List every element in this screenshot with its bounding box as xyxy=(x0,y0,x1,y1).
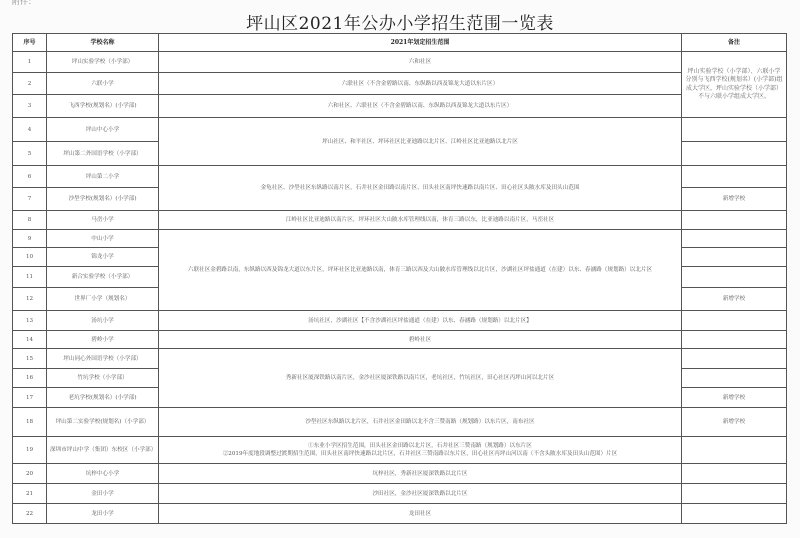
enrollment-range: 六和社区 xyxy=(159,52,682,73)
enrollment-range: 六联社区（不含金碧路以南、东纵路以西及锦龙大道以东片区） xyxy=(159,73,682,95)
school-name: 坑梓中心小学 xyxy=(47,464,159,484)
row-no: 2 xyxy=(13,73,47,95)
note-cell: 新增学校 xyxy=(682,188,787,211)
table-row: 3 飞西学校(规划名）(小学部) 六和社区、六联社区（不含金碧路以南、东纵路以西… xyxy=(13,95,787,118)
table-row: 4 坪山中心小学 坪山社区、和平社区、坪环社区比亚迪路以北片区、江岭社区比亚迪路… xyxy=(13,118,787,142)
row-no: 15 xyxy=(13,349,47,369)
row-no: 5 xyxy=(13,142,47,166)
row-no: 3 xyxy=(13,95,47,118)
table-header-row: 序号 学校名称 2021年划定招生范围 备注 xyxy=(13,34,787,52)
note-cell xyxy=(682,248,787,267)
note-cell xyxy=(682,504,787,524)
table-row: 20 坑梓中心小学 坑梓社区，秀新社区厦深铁路以北片区 xyxy=(13,464,787,484)
enrollment-range: 秀新社区厦深铁路以南片区，金沙社区厦深铁路以南片区，老坑社区，竹坑社区，田心社区… xyxy=(159,349,682,408)
note-cell xyxy=(682,230,787,248)
table-row: 22 龙田小学 龙田社区 xyxy=(13,504,787,524)
enrollment-range: 坪山社区、和平社区、坪环社区比亚迪路以北片区、江岭社区比亚迪路以北片区 xyxy=(159,118,682,166)
page-title: 坪山区2021年公办小学招生范围一览表 xyxy=(0,9,800,34)
school-name: 飞西学校(规划名）(小学部) xyxy=(47,95,159,118)
school-name: 锦龙小学 xyxy=(47,248,159,267)
note-cell: 坪山实验学校（小学部）、六联小学分别与飞西学校(规划名）(小学部)组成大学区，坪… xyxy=(682,52,787,118)
row-no: 8 xyxy=(13,211,47,230)
row-no: 14 xyxy=(13,331,47,349)
school-name: 老坑学校(规划名）(小学部) xyxy=(47,388,159,408)
table-row: 8 马峦小学 江岭社区比亚迪路以南片区，坪环社区大山陂水库管理线以南，体育三路以… xyxy=(13,211,787,230)
column-header-range: 2021年划定招生范围 xyxy=(159,34,682,52)
note-cell xyxy=(682,464,787,484)
school-name: 龙田小学 xyxy=(47,504,159,524)
row-no: 20 xyxy=(13,464,47,484)
row-no: 21 xyxy=(13,484,47,504)
row-no: 9 xyxy=(13,230,47,248)
school-name: 六联小学 xyxy=(47,73,159,95)
row-no: 18 xyxy=(13,408,47,437)
school-name: 深圳市坪山中学（集团）东校区（小学部） xyxy=(47,437,159,464)
school-name: 坪山同心外国语学校（小学部） xyxy=(47,349,159,369)
enrollment-range: 龙田社区 xyxy=(159,504,682,524)
school-name: 金田小学 xyxy=(47,484,159,504)
row-no: 17 xyxy=(13,388,47,408)
note-cell xyxy=(682,267,787,288)
table-row: 13 汤坑小学 汤坑社区，沙湖社区【不含沙湖社区坪盐通道（在建）以东、春涵路（规… xyxy=(13,311,787,331)
school-name: 中山小学 xyxy=(47,230,159,248)
note-cell xyxy=(682,311,787,331)
note-cell: 新增学校 xyxy=(682,388,787,408)
school-name: 沙壆学校(规划名）(小学部) xyxy=(47,188,159,211)
note-cell xyxy=(682,166,787,188)
table-row: 18 坪山第二实验学校(规划名)（小学部） 沙壆社区东纵路以北片区，石井社区金田… xyxy=(13,408,787,437)
table-row: 6 坪山第二小学 金龟社区、沙壆社区东纵路以南片区，石井社区金田路以南片区、田头… xyxy=(13,166,787,188)
school-name: 世界厂小学（规划名） xyxy=(47,288,159,311)
row-no: 13 xyxy=(13,311,47,331)
enrollment-range: 六和社区、六联社区（不含金碧路以南、东纵路以西及锦龙大道以东片区） xyxy=(159,95,682,118)
note-cell xyxy=(682,369,787,388)
table-row: 15 坪山同心外国语学校（小学部） 秀新社区厦深铁路以南片区，金沙社区厦深铁路以… xyxy=(13,349,787,369)
enrollment-range: 金龟社区、沙壆社区东纵路以南片区，石井社区金田路以南片区、田头社区南坪快速路以南… xyxy=(159,166,682,211)
row-no: 7 xyxy=(13,188,47,211)
note-cell xyxy=(682,142,787,166)
school-name: 坪山第二外国语学校（小学部） xyxy=(47,142,159,166)
table-row: 1 坪山实验学校（小学部） 六和社区 坪山实验学校（小学部）、六联小学分别与飞西… xyxy=(13,52,787,73)
attachment-label: 附件： xyxy=(12,0,36,7)
school-name: 坪山第二小学 xyxy=(47,166,159,188)
note-cell xyxy=(682,211,787,230)
school-name: 坪山第二实验学校(规划名)（小学部） xyxy=(47,408,159,437)
row-no: 19 xyxy=(13,437,47,464)
row-no: 10 xyxy=(13,248,47,267)
note-cell xyxy=(682,484,787,504)
range-line-2: ②2019年度地段调整过渡期招生范围，田头社区南坪快速路以北片区，石井社区三赞南… xyxy=(162,450,678,458)
enrollment-table: 序号 学校名称 2021年划定招生范围 备注 1 坪山实验学校（小学部） 六和社… xyxy=(12,33,787,524)
note-cell xyxy=(682,331,787,349)
note-cell: 新增学校 xyxy=(682,408,787,437)
school-name: 汤坑小学 xyxy=(47,311,159,331)
note-cell xyxy=(682,437,787,464)
school-name: 竹坑学校（小学部） xyxy=(47,369,159,388)
column-header-school: 学校名称 xyxy=(47,34,159,52)
enrollment-range: 碧岭社区 xyxy=(159,331,682,349)
enrollment-range: 汤坑社区，沙湖社区【不含沙湖社区坪盐通道（在建）以东、春涵路（规划路）以北片区】 xyxy=(159,311,682,331)
row-no: 1 xyxy=(13,52,47,73)
column-header-no: 序号 xyxy=(13,34,47,52)
enrollment-range: 六联社区金碧路以南，东纵路以西及锦龙大道以东片区，坪环社区比亚迪路以南，体育三路… xyxy=(159,230,682,311)
enrollment-range: 沙壆社区东纵路以北片区，石井社区金田路以北不含三赞南路（规划路）以东片区，南布社… xyxy=(159,408,682,437)
table-row: 14 碧岭小学 碧岭社区 xyxy=(13,331,787,349)
table-row: 9 中山小学 六联社区金碧路以南，东纵路以西及锦龙大道以东片区，坪环社区比亚迪路… xyxy=(13,230,787,248)
enrollment-range-multi: ①东业小学区招生范围，田头社区金田路以北片区，石井社区三赞南路（规划路）以东片区… xyxy=(159,437,682,464)
table-row: 21 金田小学 沙田社区，金沙社区厦深铁路以北片区 xyxy=(13,484,787,504)
school-name: 碧岭小学 xyxy=(47,331,159,349)
column-header-note: 备注 xyxy=(682,34,787,52)
enrollment-range: 坑梓社区，秀新社区厦深铁路以北片区 xyxy=(159,464,682,484)
range-line-1: ①东业小学区招生范围，田头社区金田路以北片区，石井社区三赞南路（规划路）以东片区 xyxy=(162,442,678,450)
school-name: 坪山实验学校（小学部） xyxy=(47,52,159,73)
note-cell: 新增学校 xyxy=(682,288,787,311)
note-cell xyxy=(682,349,787,369)
school-name: 坪山中心小学 xyxy=(47,118,159,142)
row-no: 16 xyxy=(13,369,47,388)
table-row: 19 深圳市坪山中学（集团）东校区（小学部） ①东业小学区招生范围，田头社区金田… xyxy=(13,437,787,464)
note-cell xyxy=(682,118,787,142)
enrollment-range: 江岭社区比亚迪路以南片区，坪环社区大山陂水库管理线以南，体育三路以东，比亚迪路以… xyxy=(159,211,682,230)
row-no: 12 xyxy=(13,288,47,311)
row-no: 22 xyxy=(13,504,47,524)
school-name: 马峦小学 xyxy=(47,211,159,230)
row-no: 11 xyxy=(13,267,47,288)
enrollment-range: 沙田社区，金沙社区厦深铁路以北片区 xyxy=(159,484,682,504)
row-no: 6 xyxy=(13,166,47,188)
table-row: 2 六联小学 六联社区（不含金碧路以南、东纵路以西及锦龙大道以东片区） xyxy=(13,73,787,95)
school-name: 新合实验学校（小学部） xyxy=(47,267,159,288)
row-no: 4 xyxy=(13,118,47,142)
